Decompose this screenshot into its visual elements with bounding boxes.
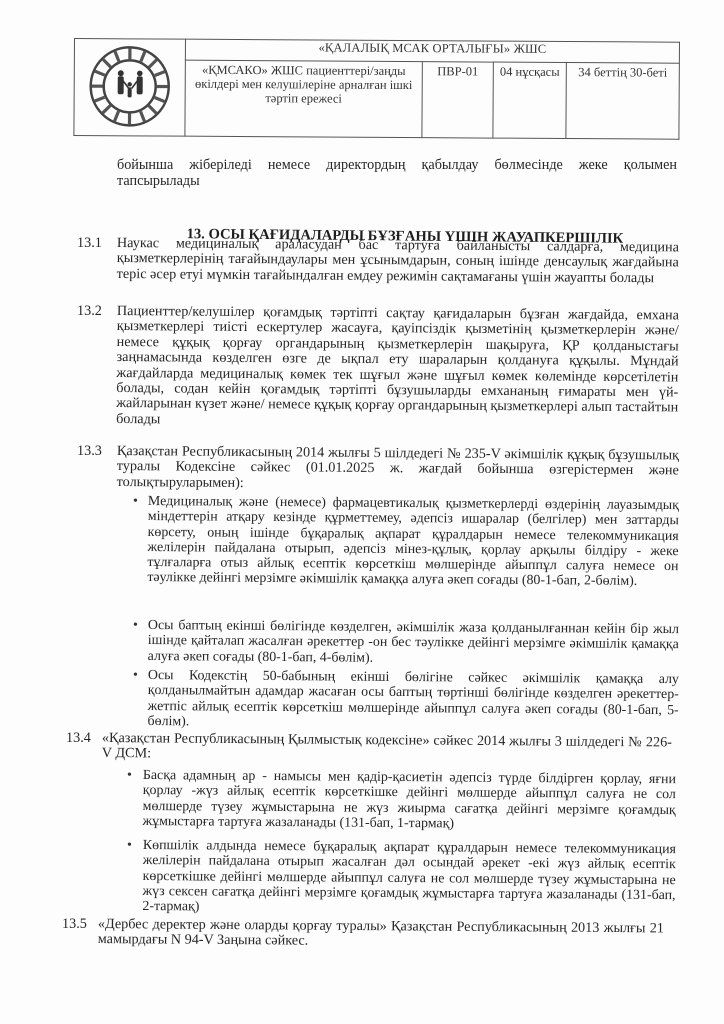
bullet-icon: •	[133, 668, 138, 683]
document-code: ПВР-01	[422, 62, 493, 138]
section-item-13-5: «Дербес деректер және оларды қорғау тура…	[98, 917, 664, 952]
item-number: 13.1	[77, 236, 102, 251]
bullet-item: Басқа адамның ар - намысы мен қадір-қаси…	[143, 768, 676, 833]
bullet-icon: •	[133, 618, 138, 633]
document-name: «ҚМСАКО» ЖШС пациенттері/заңды өкілдері …	[185, 60, 422, 137]
document-header-table: «ҚАЛАЛЫҚ МСАК ОРТАЛЫҒЫ» ЖШС «ҚМСАКО» ЖШС…	[73, 38, 680, 140]
section-item-13-3: Қазақстан Республикасының 2014 жылғы 5 ш…	[117, 444, 679, 495]
org-title: «ҚАЛАЛЫҚ МСАК ОРТАЛЫҒЫ» ЖШС	[185, 39, 679, 63]
logo-cell	[74, 39, 186, 137]
bullet-icon: •	[127, 838, 132, 853]
family-logo-icon	[87, 44, 172, 129]
document-page: «ҚАЛАЛЫҚ МСАК ОРТАЛЫҒЫ» ЖШС «ҚМСАКО» ЖШС…	[0, 0, 724, 1024]
item-number: 13.2	[77, 304, 102, 319]
bullet-item: Осы баптың екінші бөлігінде көзделген, ә…	[148, 618, 679, 668]
document-version: 04 нұсқасы	[493, 62, 566, 138]
item-number: 13.3	[77, 444, 102, 459]
item-number: 13.4	[66, 731, 91, 746]
bullet-item: Осы Кодекстің 50-бабының екінші бөлігіне…	[148, 668, 679, 733]
intro-line-2: тапсырылады	[117, 174, 677, 189]
bullet-item: Көпшілік алдында немесе бұқаралық ақпара…	[142, 838, 676, 919]
bullet-icon: •	[127, 768, 132, 783]
section-item-13-1: Наукас медициналық араласудан бас тартуғ…	[117, 236, 679, 287]
page-info: 34 беттің 30-беті	[566, 63, 679, 140]
bullet-item: Медициналық және (немесе) фармацевтикалы…	[147, 494, 679, 590]
intro-line-1: бойынша жіберіледі немесе директордың қа…	[117, 158, 677, 174]
section-item-13-2: Пациенттер/келушілер қоғамдық тәртіпті с…	[116, 304, 679, 432]
bullet-icon: •	[133, 494, 138, 509]
item-number: 13.5	[62, 917, 87, 932]
section-item-13-4: «Қазақстан Республикасының Қылмыстық код…	[102, 731, 672, 766]
